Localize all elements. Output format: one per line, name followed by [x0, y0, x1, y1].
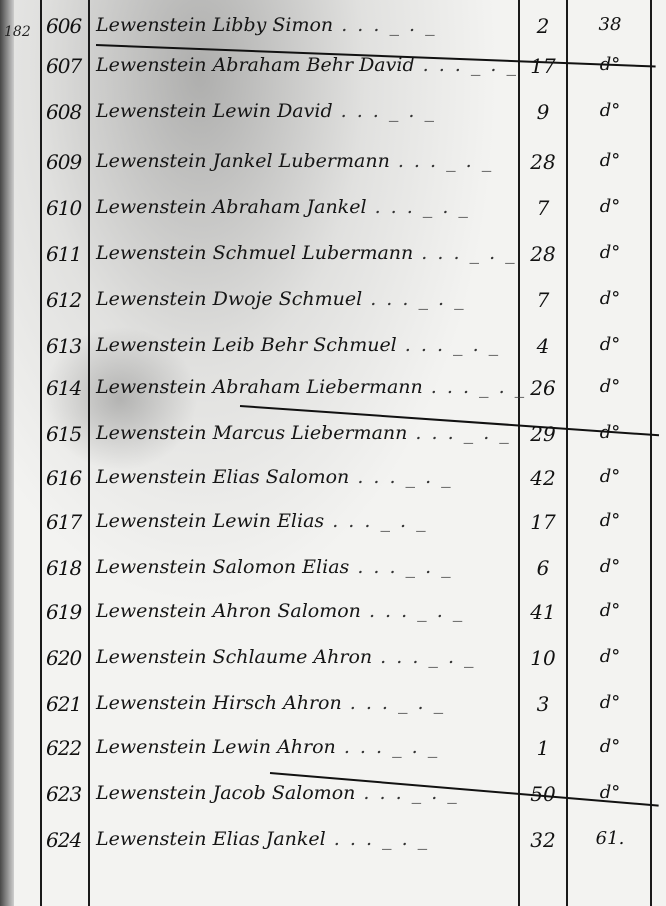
entry-name-text: Lewenstein Elias Jankel — [96, 828, 326, 850]
entry-ditto: d° — [580, 692, 640, 713]
entry-name-text: Lewenstein Lewin Elias — [96, 510, 324, 532]
register-row: 622Lewenstein Lewin Ahron . . . _ . _1d° — [0, 736, 666, 776]
entry-number: 622 — [46, 736, 90, 760]
entry-name-text: Lewenstein Hirsch Ahron — [96, 692, 342, 714]
entry-age: 2 — [520, 14, 566, 38]
register-row: 606Lewenstein Libby Simon . . . _ . _238 — [0, 14, 666, 54]
leader-dots: . . . _ . _ — [367, 196, 470, 218]
leader-dots: . . . _ . _ — [397, 334, 500, 356]
entry-age: 4 — [520, 334, 566, 358]
register-row: 619Lewenstein Ahron Salomon . . . _ . _4… — [0, 600, 666, 640]
entry-ditto: d° — [580, 736, 640, 757]
entry-ditto: d° — [580, 288, 640, 309]
entry-number: 609 — [46, 150, 90, 174]
register-row: 613Lewenstein Leib Behr Schmuel . . . _ … — [0, 334, 666, 374]
entry-name-text: Lewenstein Lewin Ahron — [96, 736, 336, 758]
entry-number: 607 — [46, 54, 90, 78]
entry-name-text: Lewenstein Abraham Behr David — [96, 54, 415, 76]
entry-ditto: d° — [580, 556, 640, 577]
entry-name-text: Lewenstein Schlaume Ahron — [96, 646, 372, 668]
entry-name: Lewenstein Lewin Ahron . . . _ . _ — [96, 736, 516, 758]
register-row: 617Lewenstein Lewin Elias . . . _ . _17d… — [0, 510, 666, 550]
entry-ditto: d° — [580, 150, 640, 171]
entry-age: 26 — [520, 376, 566, 400]
leader-dots: . . . _ . _ — [362, 288, 465, 310]
entry-ditto: d° — [580, 600, 640, 621]
entry-number: 623 — [46, 782, 90, 806]
register-row: 609Lewenstein Jankel Lubermann . . . _ .… — [0, 150, 666, 190]
leader-dots: . . . _ . _ — [372, 646, 475, 668]
entry-number: 616 — [46, 466, 90, 490]
register-page: 182 606Lewenstein Libby Simon . . . _ . … — [0, 0, 666, 906]
entry-number: 614 — [46, 376, 90, 400]
entry-number: 617 — [46, 510, 90, 534]
leader-dots: . . . _ . _ — [349, 466, 452, 488]
entry-name-text: Lewenstein Dwoje Schmuel — [96, 288, 362, 310]
register-row: 616Lewenstein Elias Salomon . . . _ . _4… — [0, 466, 666, 506]
entry-age: 17 — [520, 54, 566, 78]
entry-ditto: d° — [580, 100, 640, 121]
entry-ditto: 61. — [580, 828, 640, 849]
entry-name-text: Lewenstein Marcus Liebermann — [96, 422, 407, 444]
entry-name: Lewenstein Abraham Liebermann . . . _ . … — [96, 376, 516, 398]
entry-name: Lewenstein Lewin Elias . . . _ . _ — [96, 510, 516, 532]
entry-ditto: 38 — [580, 14, 640, 35]
entry-number: 624 — [46, 828, 90, 852]
entry-name: Lewenstein Hirsch Ahron . . . _ . _ — [96, 692, 516, 714]
entry-name: Lewenstein Salomon Elias . . . _ . _ — [96, 556, 516, 578]
register-row: 618Lewenstein Salomon Elias . . . _ . _6… — [0, 556, 666, 596]
leader-dots: . . . _ . _ — [336, 736, 439, 758]
entry-number: 611 — [46, 242, 90, 266]
entry-number: 621 — [46, 692, 90, 716]
register-row: 608Lewenstein Lewin David . . . _ . _9d° — [0, 100, 666, 140]
leader-dots: . . . _ . _ — [342, 692, 445, 714]
entry-ditto: d° — [580, 376, 640, 397]
entry-name: Lewenstein Leib Behr Schmuel . . . _ . _ — [96, 334, 516, 356]
entry-name-text: Lewenstein Salomon Elias — [96, 556, 349, 578]
entry-name: Lewenstein Schmuel Lubermann . . . _ . _ — [96, 242, 516, 264]
register-row: 610Lewenstein Abraham Jankel . . . _ . _… — [0, 196, 666, 236]
entry-age: 7 — [520, 196, 566, 220]
register-row: 607Lewenstein Abraham Behr David . . . _… — [0, 54, 666, 94]
entry-ditto: d° — [580, 646, 640, 667]
entry-age: 28 — [520, 242, 566, 266]
entry-name: Lewenstein Elias Salomon . . . _ . _ — [96, 466, 516, 488]
entry-name: Lewenstein Ahron Salomon . . . _ . _ — [96, 600, 516, 622]
entry-name-text: Lewenstein Jacob Salomon — [96, 782, 355, 804]
entry-name-text: Lewenstein Leib Behr Schmuel — [96, 334, 397, 356]
entry-number: 606 — [46, 14, 90, 38]
entry-age: 28 — [520, 150, 566, 174]
entry-age: 6 — [520, 556, 566, 580]
entry-ditto: d° — [580, 466, 640, 487]
entry-number: 619 — [46, 600, 90, 624]
leader-dots: . . . _ . _ — [423, 376, 526, 398]
entry-name-text: Lewenstein Lewin David — [96, 100, 333, 122]
entry-number: 613 — [46, 334, 90, 358]
entry-name: Lewenstein Schlaume Ahron . . . _ . _ — [96, 646, 516, 668]
entry-name: Lewenstein Elias Jankel . . . _ . _ — [96, 828, 516, 850]
leader-dots: . . . _ . _ — [390, 150, 493, 172]
leader-dots: . . . _ . _ — [326, 828, 429, 850]
entry-ditto: d° — [580, 510, 640, 531]
entry-age: 17 — [520, 510, 566, 534]
register-row: 611Lewenstein Schmuel Lubermann . . . _ … — [0, 242, 666, 282]
entry-ditto: d° — [580, 196, 640, 217]
entry-number: 608 — [46, 100, 90, 124]
entry-number: 620 — [46, 646, 90, 670]
entry-age: 9 — [520, 100, 566, 124]
entry-age: 42 — [520, 466, 566, 490]
register-row: 623Lewenstein Jacob Salomon . . . _ . _5… — [0, 782, 666, 822]
entry-age: 1 — [520, 736, 566, 760]
register-row: 620Lewenstein Schlaume Ahron . . . _ . _… — [0, 646, 666, 686]
entry-age: 32 — [520, 828, 566, 852]
entry-name-text: Lewenstein Ahron Salomon — [96, 600, 361, 622]
leader-dots: . . . _ . _ — [349, 556, 452, 578]
leader-dots: . . . _ . _ — [324, 510, 427, 532]
entry-ditto: d° — [580, 334, 640, 355]
entry-ditto: d° — [580, 242, 640, 263]
entry-name: Lewenstein Lewin David . . . _ . _ — [96, 100, 516, 122]
leader-dots: . . . _ . _ — [407, 422, 510, 444]
entry-name: Lewenstein Jacob Salomon . . . _ . _ — [96, 782, 516, 804]
entry-name: Lewenstein Marcus Liebermann . . . _ . _ — [96, 422, 516, 444]
entry-name: Lewenstein Dwoje Schmuel . . . _ . _ — [96, 288, 516, 310]
entry-number: 610 — [46, 196, 90, 220]
entry-age: 10 — [520, 646, 566, 670]
register-row: 621Lewenstein Hirsch Ahron . . . _ . _3d… — [0, 692, 666, 732]
entry-name: Lewenstein Abraham Jankel . . . _ . _ — [96, 196, 516, 218]
entry-name: Lewenstein Jankel Lubermann . . . _ . _ — [96, 150, 516, 172]
register-row: 612Lewenstein Dwoje Schmuel . . . _ . _7… — [0, 288, 666, 328]
leader-dots: . . . _ . _ — [333, 100, 436, 122]
entry-name: Lewenstein Libby Simon . . . _ . _ — [96, 14, 516, 36]
entry-age: 7 — [520, 288, 566, 312]
entry-age: 3 — [520, 692, 566, 716]
entry-number: 618 — [46, 556, 90, 580]
entry-name-text: Lewenstein Jankel Lubermann — [96, 150, 390, 172]
entry-name-text: Lewenstein Schmuel Lubermann — [96, 242, 413, 264]
leader-dots: . . . _ . _ — [361, 600, 464, 622]
register-row: 624Lewenstein Elias Jankel . . . _ . _32… — [0, 828, 666, 868]
leader-dots: . . . _ . _ — [333, 14, 436, 36]
register-row: 614Lewenstein Abraham Liebermann . . . _… — [0, 376, 666, 416]
entry-number: 612 — [46, 288, 90, 312]
leader-dots: . . . _ . _ — [413, 242, 516, 264]
entry-number: 615 — [46, 422, 90, 446]
entry-name-text: Lewenstein Elias Salomon — [96, 466, 349, 488]
entry-age: 41 — [520, 600, 566, 624]
entry-name-text: Lewenstein Abraham Jankel — [96, 196, 367, 218]
entry-name-text: Lewenstein Abraham Liebermann — [96, 376, 423, 398]
entry-name-text: Lewenstein Libby Simon — [96, 14, 333, 36]
